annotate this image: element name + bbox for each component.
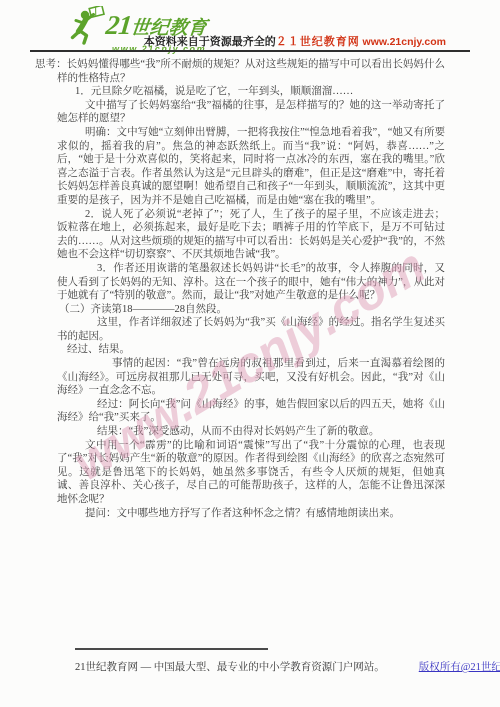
para-process: 经过：阿长向“我”问《山海经》的事，她告假回家以后的四五天，她将《山海经》给“我… xyxy=(57,398,445,425)
para-describe-question: 文中描写了长妈妈塞给“我”福橘的往事，是怎样描写的？她的这一举动寄托了她怎样的愿… xyxy=(57,99,445,126)
para-item-3: 3．作者还用诙谐的笔墨叙述长妈妈讲“长毛”的故事，令人捧腹的同时，又使人看到了长… xyxy=(57,262,445,303)
document-body: 思考：长妈妈懂得哪些“我”所不耐烦的规矩？从对这些规矩的描写中可以看出长妈妈什么… xyxy=(57,58,445,520)
tagline-prefix: 本资料来自于资源最齐全的 xyxy=(144,36,276,48)
para-question-prompt: 提问：文中哪些地方抒写了作者这种怀念之情？有感情地朗读出来。 xyxy=(57,507,445,521)
para-result: 结果：“我”深受感动，从而不由得对长妈妈产生了新的敬意。 xyxy=(57,425,445,439)
copyright-link[interactable]: 版权所有@21世纪教育网 xyxy=(419,662,500,673)
header-tagline: 本资料来自于资源最齐全的２１世纪教育网 www.21cnjy.com xyxy=(144,33,446,49)
para-process-result-label: 经过、结果。 xyxy=(57,343,445,357)
document-page: 21世纪教育 www.21cnjy.com 本资料来自于资源最齐全的２１世纪教育… xyxy=(0,0,500,707)
header-divider xyxy=(30,50,470,52)
footer-divider xyxy=(75,648,268,650)
para-cause: 事情的起因：“我”曾在远房的叔祖那里看到过，后来一直渴慕着绘图的《山海经》。可远… xyxy=(57,357,445,398)
para-item-1: 1．元旦除夕吃福橘，说是吃了它，一年到头，顺顺溜溜…… xyxy=(57,85,445,99)
para-think-question: 思考：长妈妈懂得哪些“我”所不耐烦的规矩？从对这些规矩的描写中可以看出长妈妈什么… xyxy=(57,58,445,85)
para-section-2-heading: （二）齐读第18————28自然段。 xyxy=(57,303,445,317)
tagline-site-name: ２１世纪教育网 xyxy=(276,36,360,48)
para-narrate-intro: 这里，作者详细叙述了长妈妈为“我”买《山海经》的经过。指名学生复述买书的起因。 xyxy=(57,316,445,343)
para-summary: 文中用一个“霹雳”的比喻和词语“震悚”写出了“我”十分震惊的心理，也表现了“我”… xyxy=(57,439,445,507)
para-clarify: 明确：文中写她“立刻伸出臂膊，一把将我按住”“惶急地看着我”，“她又有所要求似的… xyxy=(57,126,445,208)
tagline-site-url: www.21cnjy.com xyxy=(363,36,446,48)
brand-number: 21 xyxy=(104,10,132,40)
footer-description: 21世纪教育网 — 中国最大型、最专业的中小学教育资源门户网站。 xyxy=(75,662,385,673)
runner-with-book-icon xyxy=(70,6,106,46)
para-item-2: 2．说人死了必须说“老掉了”；死了人，生了孩子的屋子里，不应该走进去；饭粒落在地… xyxy=(57,208,445,262)
footer: 21世纪教育网 — 中国最大型、最专业的中小学教育资源门户网站。版权所有@21世… xyxy=(75,659,475,674)
